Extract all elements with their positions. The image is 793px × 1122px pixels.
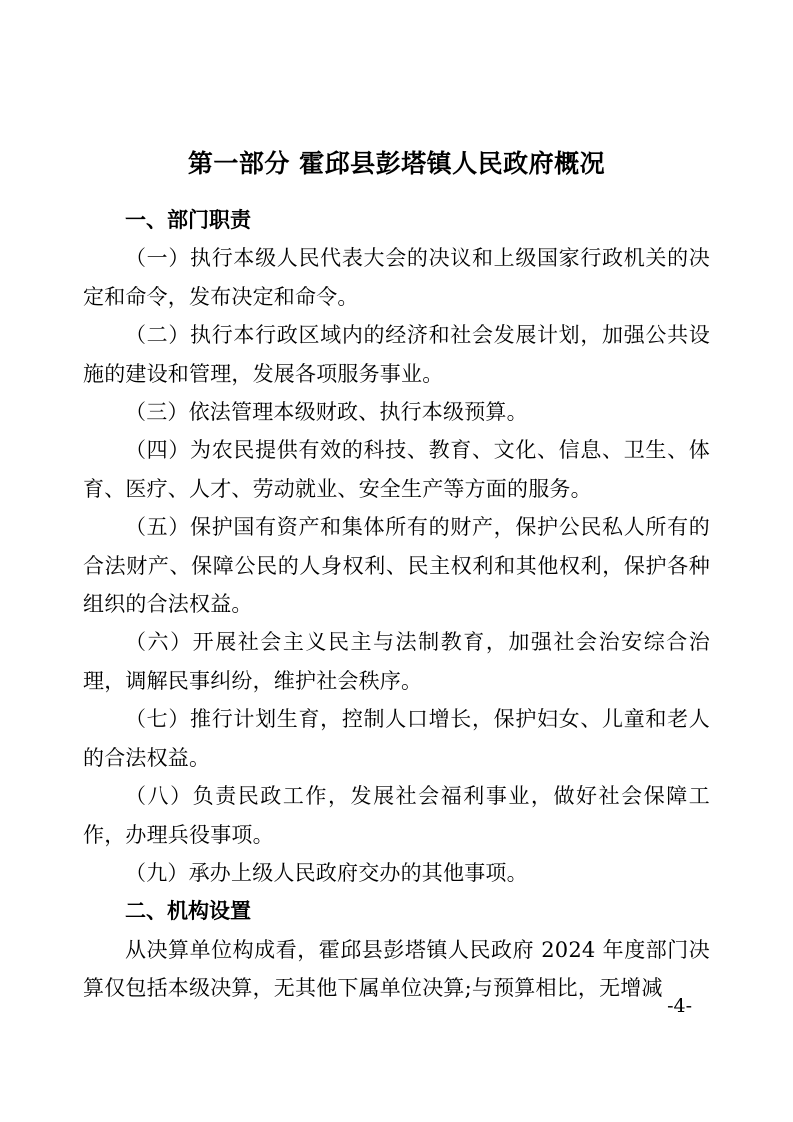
duty-item-6: （六）开展社会主义民主与法制教育，加强社会治安综合治理，调解民事纠纷，维护社会秩… — [83, 623, 710, 700]
duty-item-5: （五）保护国有资产和集体所有的财产，保护公民私人所有的合法财产、保障公民的人身权… — [83, 508, 710, 623]
duty-item-3: （三）依法管理本级财政、执行本级预算。 — [83, 393, 710, 431]
document-title: 第一部分 霍邱县彭塔镇人民政府概况 — [83, 146, 710, 182]
duty-item-7: （七）推行计划生育，控制人口增长，保护妇女、儿童和老人的合法权益。 — [83, 700, 710, 777]
organization-paragraph: 从决算单位构成看，霍邱县彭塔镇人民政府 2024 年度部门决算仅包括本级决算，无… — [83, 931, 710, 1008]
duty-item-1: （一）执行本级人民代表大会的决议和上级国家行政机关的决定和命令，发布决定和命令。 — [83, 239, 710, 316]
duty-item-8: （八）负责民政工作，发展社会福利事业，做好社会保障工作，办理兵役事项。 — [83, 777, 710, 854]
document-page: 第一部分 霍邱县彭塔镇人民政府概况 一、部门职责 （一）执行本级人民代表大会的决… — [0, 0, 793, 1122]
section-heading-duties: 一、部门职责 — [83, 201, 710, 239]
duty-item-2: （二）执行本行政区域内的经济和社会发展计划，加强公共设施的建设和管理，发展各项服… — [83, 316, 710, 393]
duty-item-4: （四）为农民提供有效的科技、教育、文化、信息、卫生、体育、医疗、人才、劳动就业、… — [83, 431, 710, 508]
section-heading-organization: 二、机构设置 — [83, 892, 710, 930]
duty-item-9: （九）承办上级人民政府交办的其他事项。 — [83, 854, 710, 892]
document-content: 第一部分 霍邱县彭塔镇人民政府概况 一、部门职责 （一）执行本级人民代表大会的决… — [83, 146, 710, 1008]
page-number: -4- — [667, 995, 692, 1017]
